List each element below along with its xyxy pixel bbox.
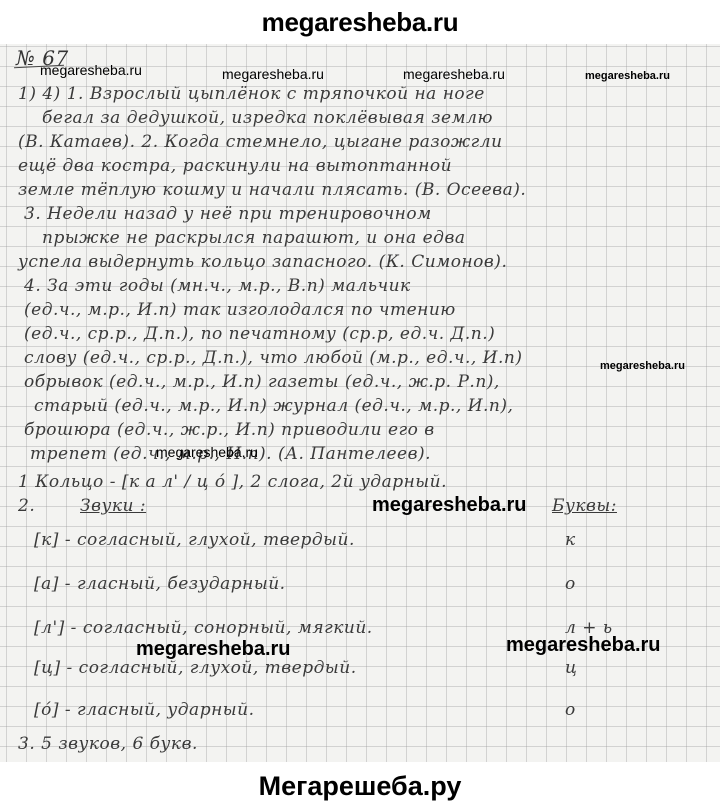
text-line: земле тёплую кошму и начали плясать. (В.… <box>18 180 526 200</box>
text-line: 3. Недели назад у неё при тренировочном <box>24 204 432 224</box>
watermark: megaresheba.ru <box>506 634 661 657</box>
letters-heading: Буквы: <box>552 496 617 516</box>
watermark: megaresheba.ru <box>585 70 670 82</box>
watermark: megaresheba.ru <box>222 66 324 82</box>
watermark: megaresheba.ru <box>156 444 258 460</box>
text-line: бегал за дедушкой, изредка поклёвывая зе… <box>42 108 493 128</box>
transcription-line: 1 Кольцо - [к а л' / ц о́ ], 2 слога, 2й… <box>18 472 447 492</box>
watermark: megaresheba.ru <box>403 66 505 82</box>
letter-cell: о <box>565 574 576 594</box>
text-line: (ед.ч., ср.р., Д.п.), по печатному (ср.р… <box>24 324 495 344</box>
sounds-number: 2. <box>18 496 35 516</box>
letter-cell: о <box>565 700 576 720</box>
text-line: ещё два костра, раскинули на вытоптанной <box>18 156 452 176</box>
summary-line: 3. 5 звуков, 6 букв. <box>18 734 198 754</box>
sound-row: [л'] - согласный, сонорный, мягкий. <box>34 618 373 638</box>
text-line: обрывок (ед.ч., м.р., И.п) газеты (ед.ч.… <box>24 372 500 392</box>
sound-row: [а] - гласный, безударный. <box>34 574 286 594</box>
sound-row: [о́] - гласный, ударный. <box>34 700 254 720</box>
text-line: (В. Катаев). 2. Когда стемнело, цыгане р… <box>18 132 503 152</box>
letter-cell: к <box>565 530 576 550</box>
text-line: (ед.ч., м.р., И.п) так изголодался по чт… <box>24 300 456 320</box>
text-line: брошюра (ед.ч., ж.р., И.п) приводили его… <box>24 420 435 440</box>
text-line: 4. За эти годы (мн.ч., м.р., В.п) мальчи… <box>24 276 411 296</box>
site-footer: Мегарешеба.ру <box>0 762 720 810</box>
sound-row: [ц] - согласный, глухой, твердый. <box>34 658 357 678</box>
sound-row: [к] - согласный, глухой, твердый. <box>34 530 355 550</box>
letter-cell: ц <box>565 658 577 678</box>
watermark: megaresheba.ru <box>40 62 142 78</box>
text-line: слову (ед.ч., ср.р., Д.п.), что любой (м… <box>24 348 522 368</box>
text-line: 1) 4) 1. Взрослый цыплёнок с тряпочкой н… <box>18 84 485 104</box>
text-line: старый (ед.ч., м.р., И.п) журнал (ед.ч.,… <box>34 396 513 416</box>
watermark: megaresheba.ru <box>372 494 527 517</box>
text-line: успела выдернуть кольцо запасного. (К. С… <box>18 252 507 272</box>
site-name-cyrillic: Мегарешеба.ру <box>259 771 462 801</box>
site-header: megaresheba.ru <box>0 0 720 44</box>
notebook-page: № 67 megaresheba.ru megaresheba.ru megar… <box>0 44 720 762</box>
sounds-heading: Звуки : <box>80 496 146 516</box>
site-name: megaresheba.ru <box>262 7 459 37</box>
watermark: megaresheba.ru <box>600 360 685 372</box>
text-line: прыжке не раскрылся парашют, и она едва <box>42 228 466 248</box>
